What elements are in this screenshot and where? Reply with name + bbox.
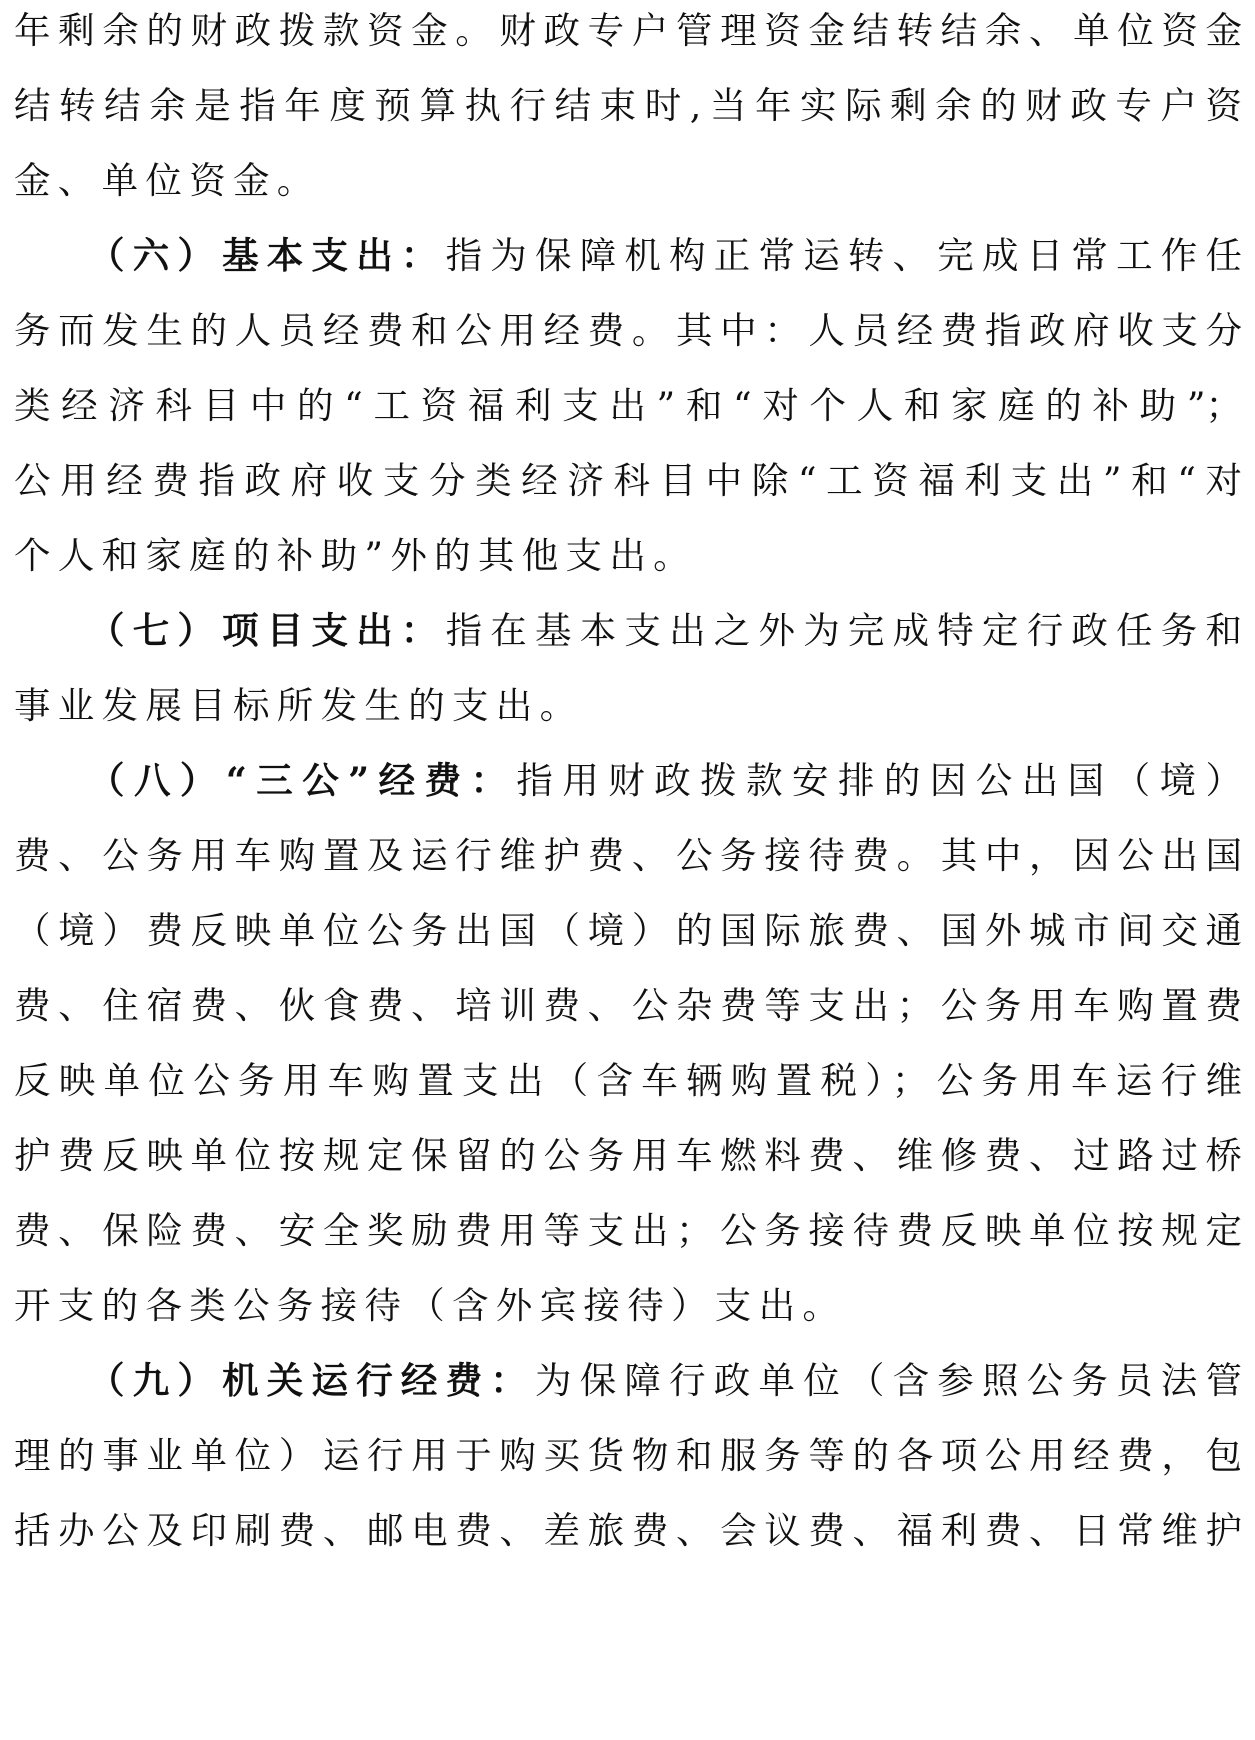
paragraph-line: 务而发生的人员经费和公用经费。其中：人员经费指政府收支分 (14, 301, 1242, 376)
paragraph-line: 反映单位公务用车购置支出（含车辆购置税）；公务用车运行维 (14, 1051, 1242, 1126)
paragraph-line: 类经济科目中的“工资福利支出”和“对个人和家庭的补助”； (14, 376, 1242, 451)
section-heading-basic-expenditure: （六）基本支出： (88, 234, 446, 277)
paragraph-line: 理的事业单位）运行用于购买货物和服务等的各项公用经费，包 (14, 1426, 1242, 1501)
section-text: 为保障行政单位（含参照公务员法管 (535, 1359, 1242, 1402)
paragraph-line: 费、保险费、安全奖励费用等支出；公务接待费反映单位按规定 (14, 1201, 1242, 1276)
paragraph-line: 结转结余是指年度预算执行结束时,当年实际剩余的财政专户资 (14, 76, 1242, 151)
section-project-expenditure-first-line: （七）项目支出：指在基本支出之外为完成特定行政任务和 (14, 601, 1242, 676)
section-text: 指为保障机构正常运转、完成日常工作任 (446, 234, 1242, 277)
paragraph-line: 开支的各类公务接待（含外宾接待）支出。 (14, 1276, 1242, 1351)
section-operating-expenses-first-line: （九）机关运行经费：为保障行政单位（含参照公务员法管 (14, 1351, 1242, 1426)
section-basic-expenditure-first-line: （六）基本支出：指为保障机构正常运转、完成日常工作任 (14, 226, 1242, 301)
section-three-public-expenses-first-line: （八）“三公”经费：指用财政拨款安排的因公出国（境） (14, 751, 1242, 826)
paragraph-line: 公用经费指政府收支分类经济科目中除“工资福利支出”和“对 (14, 451, 1242, 526)
paragraph-line: 金、单位资金。 (14, 151, 1242, 226)
section-heading-three-public-expenses: （八）“三公”经费： (88, 759, 516, 802)
section-text: 指在基本支出之外为完成特定行政任务和 (446, 609, 1242, 652)
paragraph-line: 事业发展目标所发生的支出。 (14, 676, 1242, 751)
paragraph-line: （境）费反映单位公务出国（境）的国际旅费、国外城市间交通 (14, 901, 1242, 976)
paragraph-line: 括办公及印刷费、邮电费、差旅费、会议费、福利费、日常维护 (14, 1501, 1242, 1576)
section-text: 指用财政拨款安排的因公出国（境） (516, 759, 1242, 802)
paragraph-line: 年剩余的财政拨款资金。财政专户管理资金结转结余、单位资金 (14, 1, 1242, 76)
paragraph-line: 费、住宿费、伙食费、培训费、公杂费等支出；公务用车购置费 (14, 976, 1242, 1051)
paragraph-line: 个人和家庭的补助”外的其他支出。 (14, 526, 1242, 601)
section-heading-operating-expenses: （九）机关运行经费： (88, 1359, 535, 1402)
section-heading-project-expenditure: （七）项目支出： (88, 609, 446, 652)
paragraph-line: 费、公务用车购置及运行维护费、公务接待费。其中，因公出国 (14, 826, 1242, 901)
paragraph-line: 护费反映单位按规定保留的公务用车燃料费、维修费、过路过桥 (14, 1126, 1242, 1201)
